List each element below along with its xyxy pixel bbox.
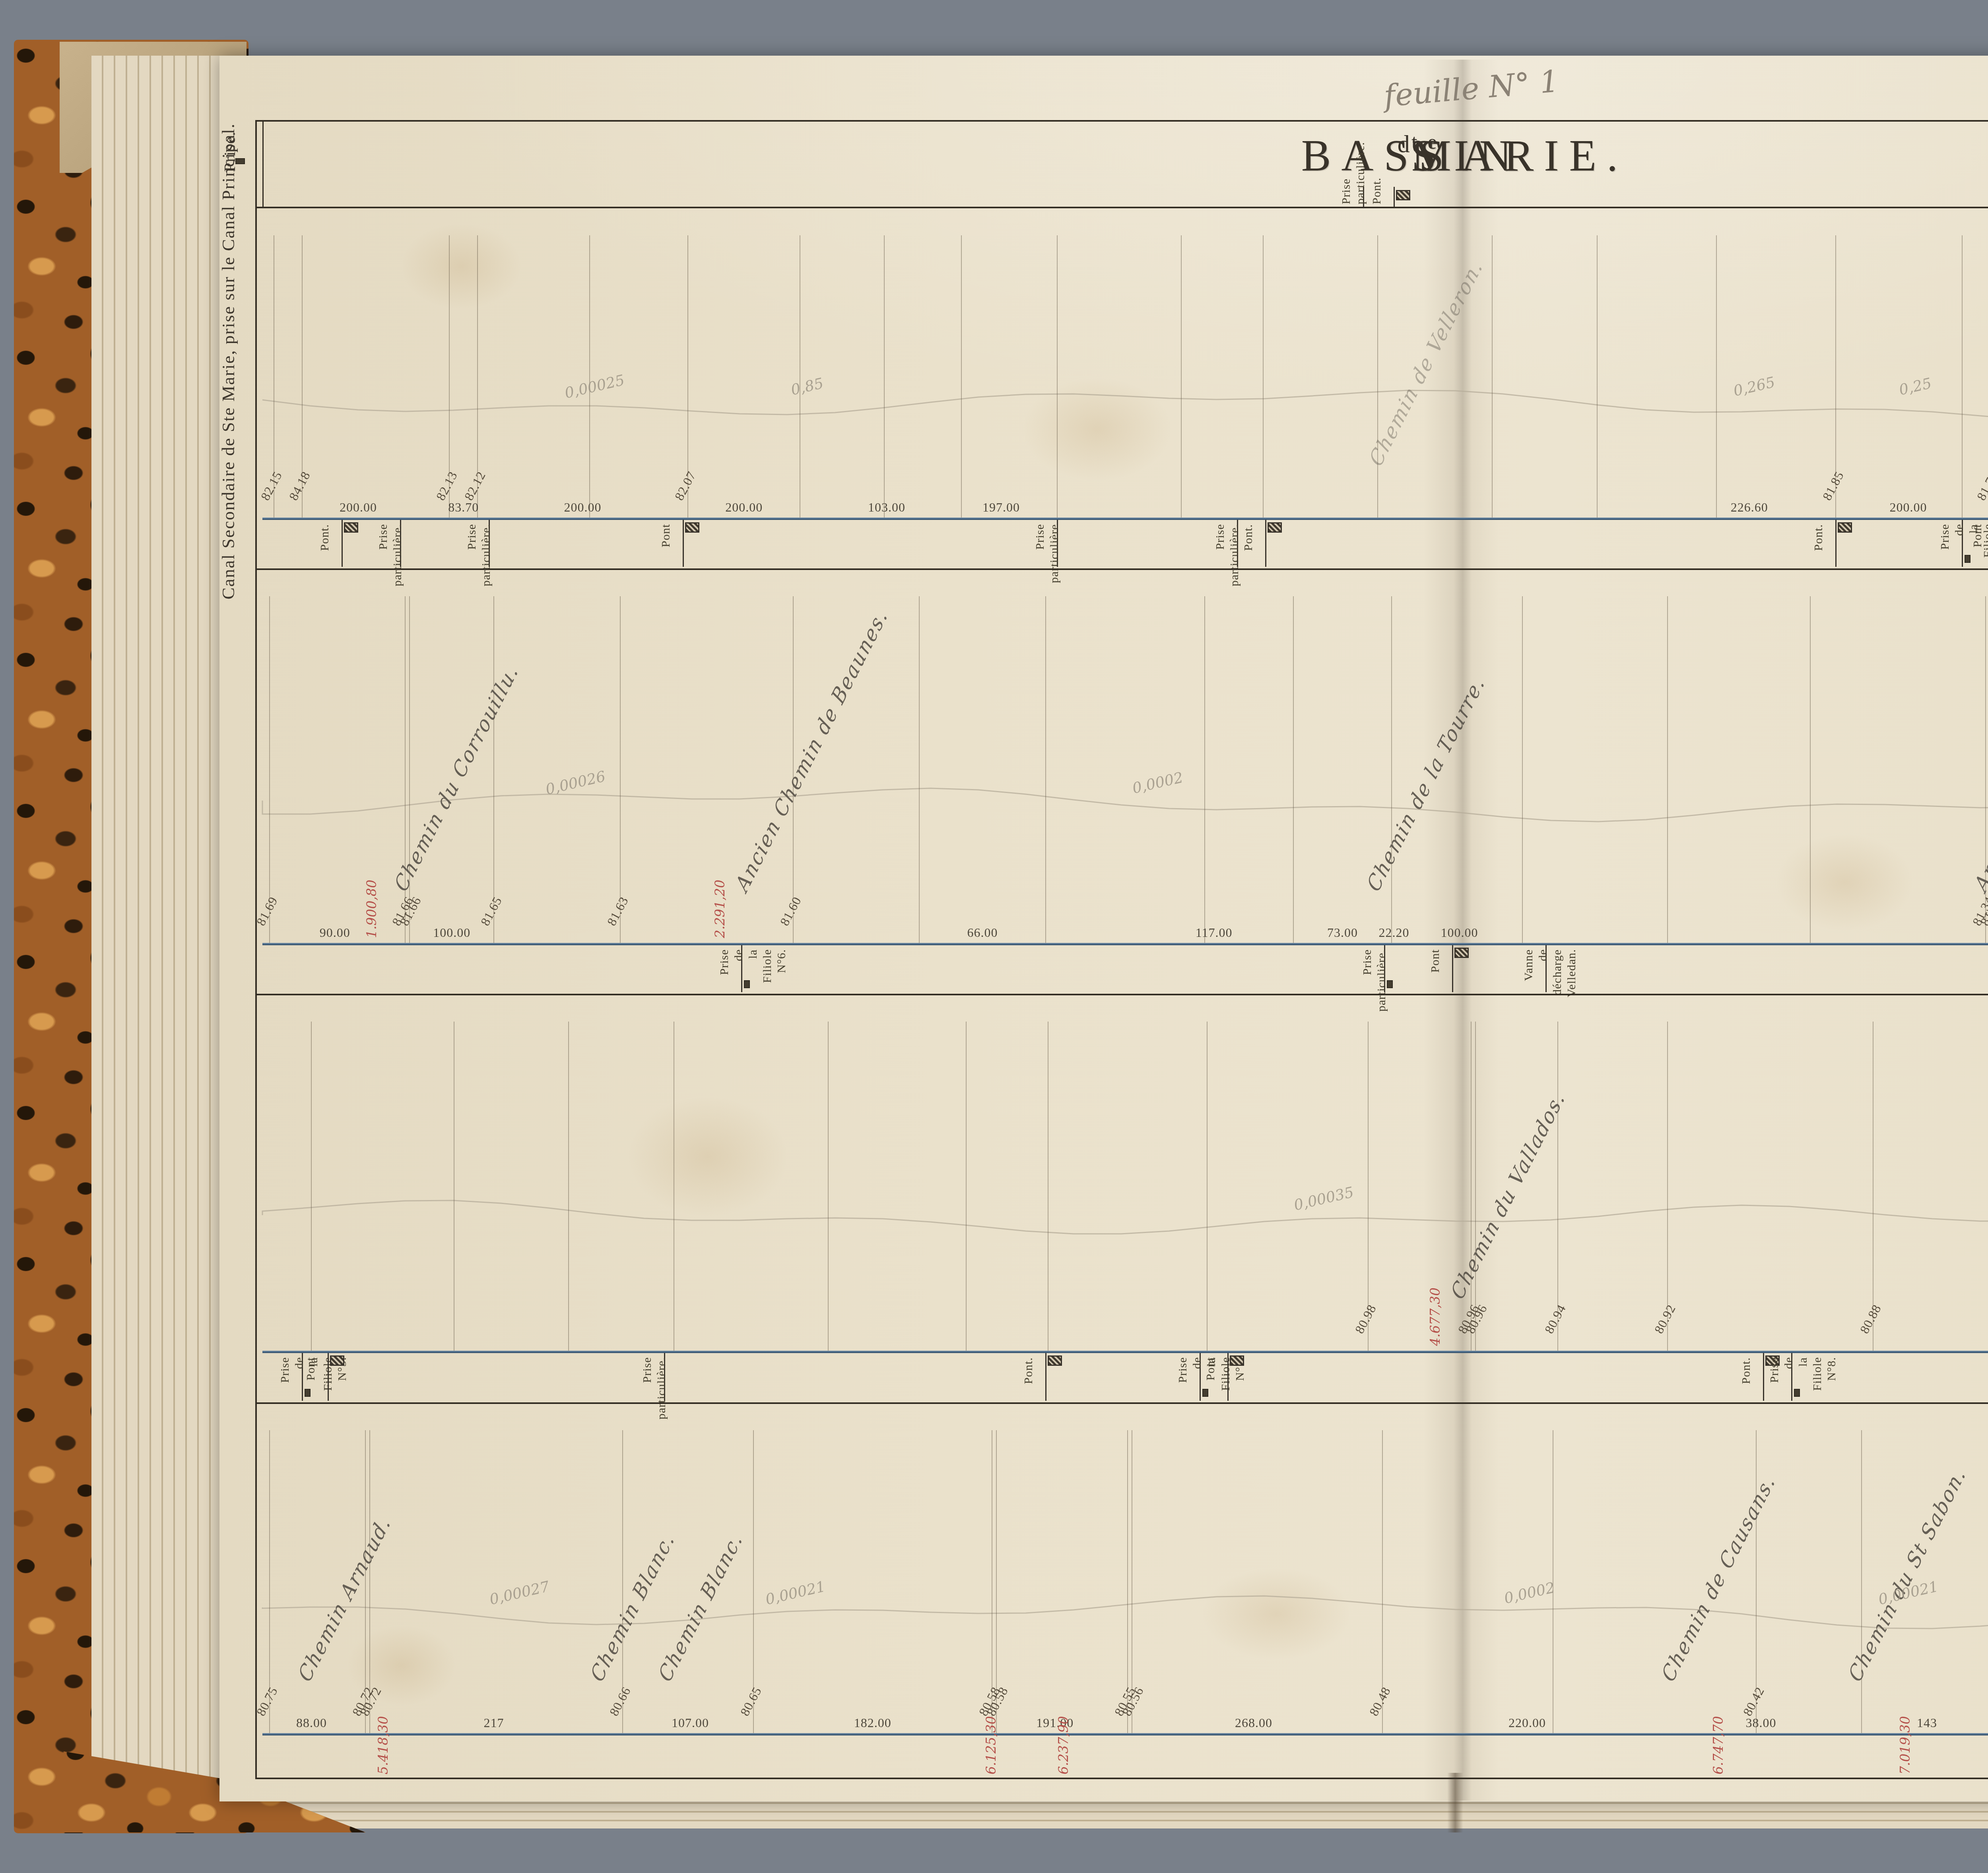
distance-label: 38.00 xyxy=(1746,1716,1776,1730)
prise-icon xyxy=(235,158,245,164)
station-line xyxy=(1471,1022,1472,1351)
red-chainage-label: 6.237,90 xyxy=(1056,1716,1071,1774)
distance-label: 226.60 xyxy=(1731,500,1768,515)
station-line xyxy=(620,596,621,943)
feature-label: Pont. xyxy=(1242,524,1254,551)
feature-strut xyxy=(1763,1353,1764,1401)
feature-label: Vanne xyxy=(1523,949,1535,981)
feature-strut xyxy=(1835,520,1837,567)
feature-label: Prise xyxy=(1214,524,1226,550)
feature-strut xyxy=(1045,1353,1046,1401)
scanned-atlas-page: BASSIN de Ste MARIE. feuille N° 1 Canal … xyxy=(0,0,1988,1873)
bridge-icon xyxy=(1396,190,1410,200)
water-line xyxy=(262,518,1988,520)
feature-label: Prise xyxy=(1034,524,1046,550)
distance-label: 117.00 xyxy=(1196,925,1233,940)
prise-icon xyxy=(305,1389,311,1397)
station-line xyxy=(1716,235,1717,518)
red-chainage-label: 7.019,30 xyxy=(1897,1716,1913,1774)
feature-label: Pont xyxy=(1429,949,1441,973)
distance-label: 66.00 xyxy=(967,925,998,940)
feature-label: Pont. xyxy=(1740,1357,1752,1384)
feature-label: Pont. xyxy=(1023,1357,1035,1384)
feature-label: la xyxy=(747,949,759,959)
red-chainage-label: 6.747,70 xyxy=(1710,1716,1726,1774)
distance-label: 103.00 xyxy=(868,500,905,515)
water-line xyxy=(262,1351,1988,1353)
distance-label: 200.00 xyxy=(1890,500,1927,515)
feature-label: Pont xyxy=(1205,1357,1217,1381)
red-chainage-label: 1.900,80 xyxy=(364,880,379,938)
station-line xyxy=(1181,235,1182,518)
distance-label: 90.00 xyxy=(320,925,350,940)
station-line xyxy=(1048,1022,1048,1351)
feature-strut xyxy=(1452,945,1453,992)
station-line xyxy=(1057,235,1058,518)
station-line xyxy=(454,1022,454,1351)
ground-profile-pencil-line xyxy=(262,994,1988,1351)
red-chainage-label: 4.677,30 xyxy=(1427,1287,1443,1346)
red-chainage-label: 2.291,20 xyxy=(712,880,728,938)
station-line xyxy=(1557,1022,1558,1351)
station-line xyxy=(1263,235,1264,518)
feature-label: N°8. xyxy=(1826,1357,1838,1381)
station-line xyxy=(589,235,590,518)
feature-label: Filiole xyxy=(761,949,773,983)
distance-label: 107.00 xyxy=(672,1716,709,1730)
bridge-icon xyxy=(1268,522,1282,533)
red-chainage-label: 6.125,30 xyxy=(983,1716,999,1774)
feature-label: Pont xyxy=(1972,524,1984,547)
station-line xyxy=(1207,1022,1208,1351)
feature-label: Velledan. xyxy=(1566,949,1578,997)
station-line xyxy=(1667,596,1668,943)
red-chainage-label: 5.418,30 xyxy=(375,1716,391,1774)
distance-label: 73.00 xyxy=(1327,925,1358,940)
distance-label: 200.00 xyxy=(564,500,602,515)
feature-label: N°6. xyxy=(776,949,788,973)
station-line xyxy=(1492,235,1493,518)
feature-label: Prise xyxy=(641,1357,653,1383)
station-line xyxy=(1597,235,1598,518)
distance-label: 200.00 xyxy=(340,500,377,515)
distance-label: 100.00 xyxy=(433,925,470,940)
feature-label: Pont xyxy=(660,524,672,547)
distance-label: 200.00 xyxy=(725,500,763,515)
feature-label: la xyxy=(1797,1357,1809,1367)
distance-label: 83.70 xyxy=(448,500,479,515)
canal-head-prise-label: Prise. xyxy=(220,131,239,172)
feature-strut xyxy=(1265,520,1266,567)
station-line xyxy=(800,235,800,518)
bridge-icon xyxy=(1230,1355,1244,1366)
station-line xyxy=(1873,1022,1873,1351)
station-line xyxy=(919,596,920,943)
canal-margin-label: Canal Secondaire de Ste Marie, prise sur… xyxy=(218,123,239,599)
feature-label: de xyxy=(1191,1357,1203,1369)
station-line xyxy=(884,235,885,518)
distance-label: 197.00 xyxy=(982,500,1020,515)
station-line xyxy=(1810,596,1811,943)
feature-label: Prise xyxy=(466,524,478,550)
feature-label: Filiole xyxy=(1811,1357,1823,1391)
bridge-icon xyxy=(330,1355,344,1366)
feature-label: Prise xyxy=(1361,949,1373,975)
station-line xyxy=(1368,1022,1369,1351)
distance-label: 88.00 xyxy=(296,1716,327,1730)
station-line xyxy=(828,1022,829,1351)
feature-strut xyxy=(1394,187,1395,207)
prise-icon xyxy=(1202,1389,1208,1397)
ground-profile-pencil-line xyxy=(262,568,1988,943)
distance-label: 217 xyxy=(484,1716,504,1730)
feature-label: de xyxy=(293,1357,305,1369)
feature-label: Prise xyxy=(279,1357,291,1383)
station-line xyxy=(674,1022,674,1351)
bridge-icon xyxy=(685,522,699,533)
canal-head-feature-label: Prise xyxy=(1340,178,1352,204)
feature-label: Prise xyxy=(377,524,389,550)
station-line xyxy=(493,596,494,943)
station-line xyxy=(1861,1430,1862,1733)
distance-label: 100.00 xyxy=(1441,925,1478,940)
feature-label: Prise xyxy=(718,949,730,975)
canal-head-feature-label: particulière. xyxy=(1355,142,1367,204)
station-line xyxy=(1045,596,1046,943)
distance-label: 182.00 xyxy=(854,1716,891,1730)
station-line xyxy=(311,1022,312,1351)
feature-label: Prise xyxy=(1939,524,1951,550)
canal-head-feature-label: Pont. xyxy=(1371,177,1383,204)
station-line xyxy=(269,596,270,943)
feature-label: de xyxy=(1953,524,1965,536)
bridge-icon xyxy=(1454,948,1469,958)
station-line xyxy=(1204,596,1205,943)
feature-label: Pont. xyxy=(319,524,331,551)
ground-profile-pencil-line xyxy=(262,207,1988,518)
distance-label: 220.00 xyxy=(1508,1716,1546,1730)
feature-label: de xyxy=(1783,1357,1795,1369)
station-line xyxy=(1293,596,1294,943)
prise-icon xyxy=(744,980,750,988)
feature-label: Prise xyxy=(1769,1357,1780,1383)
station-line xyxy=(1667,1022,1668,1351)
page-title: BASSIN de Ste MARIE. xyxy=(1034,130,1789,186)
station-line xyxy=(568,1022,569,1351)
feature-label: Pont xyxy=(305,1357,317,1381)
frame-left-jog xyxy=(262,120,264,208)
feature-strut xyxy=(328,1353,329,1401)
distance-label: 268.00 xyxy=(1235,1716,1272,1730)
feature-label: de xyxy=(733,949,745,961)
feature-strut xyxy=(342,520,343,567)
bridge-icon xyxy=(1838,522,1852,533)
bridge-icon xyxy=(344,522,358,533)
feature-label: décharge xyxy=(1551,949,1563,995)
distance-label: 143 xyxy=(1917,1716,1937,1730)
prise-icon xyxy=(1965,555,1971,563)
feature-label: Pont. xyxy=(1813,524,1825,551)
station-line xyxy=(1522,596,1523,943)
station-line xyxy=(966,1022,967,1351)
water-line xyxy=(262,1733,1988,1735)
feature-strut xyxy=(1227,1353,1229,1401)
prise-icon xyxy=(1794,1389,1800,1397)
gutter-seam xyxy=(1447,1773,1463,1832)
feature-label: de xyxy=(1537,949,1549,961)
water-line xyxy=(262,943,1988,945)
station-line xyxy=(961,235,962,518)
feature-strut xyxy=(683,520,684,567)
station-line xyxy=(1377,235,1378,518)
feature-label: Prise xyxy=(1177,1357,1189,1383)
station-line xyxy=(1391,596,1392,943)
bridge-icon xyxy=(1048,1355,1062,1366)
station-line xyxy=(1962,235,1963,518)
distance-label: 22.20 xyxy=(1378,925,1409,940)
